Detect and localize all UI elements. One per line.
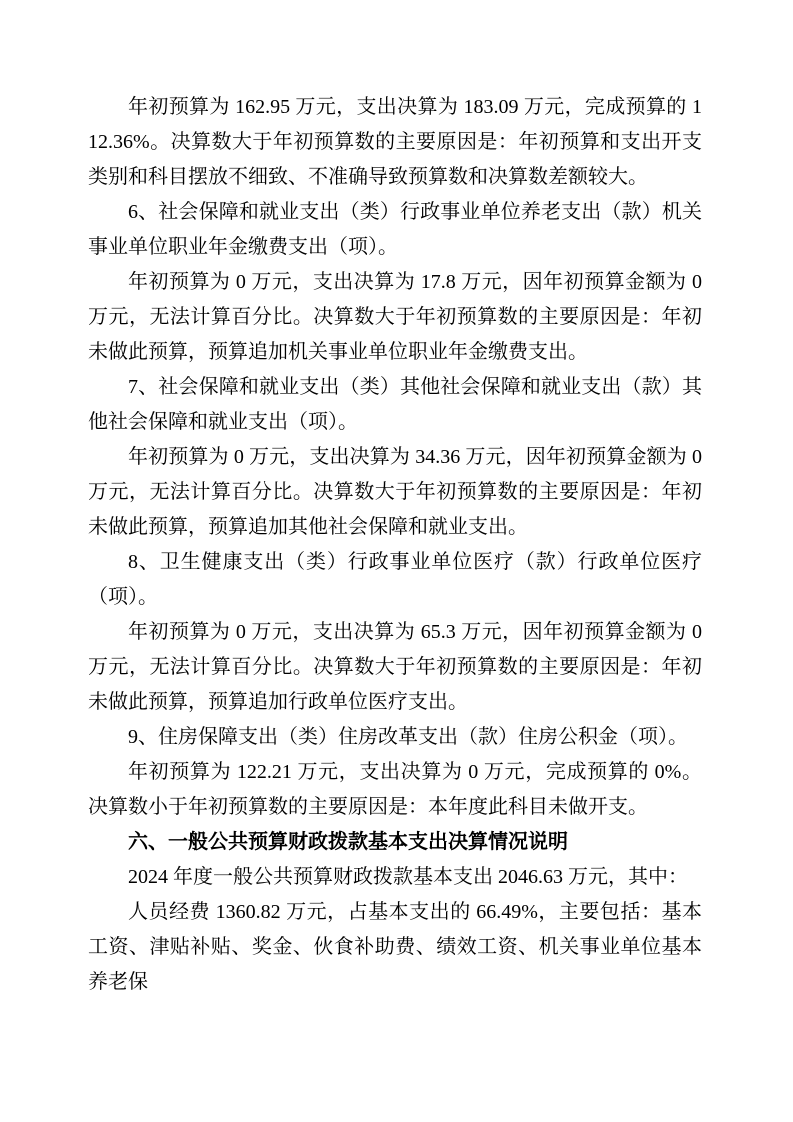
paragraph-item-9-detail: 年初预算为 122.21 万元，支出决算为 0 万元，完成预算的 0%。决算数小… <box>88 755 702 825</box>
paragraph-item-6-detail: 年初预算为 0 万元，支出决算为 17.8 万元，因年初预算金额为 0 万元，无… <box>88 265 702 370</box>
paragraph-basic-expenditure-total: 2024 年度一般公共预算财政拨款基本支出 2046.63 万元，其中： <box>88 860 702 895</box>
paragraph-item-8-detail: 年初预算为 0 万元，支出决算为 65.3 万元，因年初预算金额为 0 万元，无… <box>88 615 702 720</box>
paragraph-item-7-detail: 年初预算为 0 万元，支出决算为 34.36 万元，因年初预算金额为 0 万元，… <box>88 440 702 545</box>
section-heading-6: 六、一般公共预算财政拨款基本支出决算情况说明 <box>88 825 702 860</box>
paragraph-budget-explanation-5: 年初预算为 162.95 万元，支出决算为 183.09 万元，完成预算的 11… <box>88 90 702 195</box>
paragraph-personnel-funds: 人员经费 1360.82 万元，占基本支出的 66.49%，主要包括：基本工资、… <box>88 895 702 1000</box>
document-page: 年初预算为 162.95 万元，支出决算为 183.09 万元，完成预算的 11… <box>0 0 793 1122</box>
paragraph-item-9-title: 9、住房保障支出（类）住房改革支出（款）住房公积金（项）。 <box>88 720 702 755</box>
paragraph-item-8-title: 8、卫生健康支出（类）行政事业单位医疗（款）行政单位医疗（项）。 <box>88 545 702 615</box>
paragraph-item-6-title: 6、社会保障和就业支出（类）行政事业单位养老支出（款）机关事业单位职业年金缴费支… <box>88 195 702 265</box>
document-body: 年初预算为 162.95 万元，支出决算为 183.09 万元，完成预算的 11… <box>88 90 702 1000</box>
paragraph-item-7-title: 7、社会保障和就业支出（类）其他社会保障和就业支出（款）其他社会保障和就业支出（… <box>88 370 702 440</box>
